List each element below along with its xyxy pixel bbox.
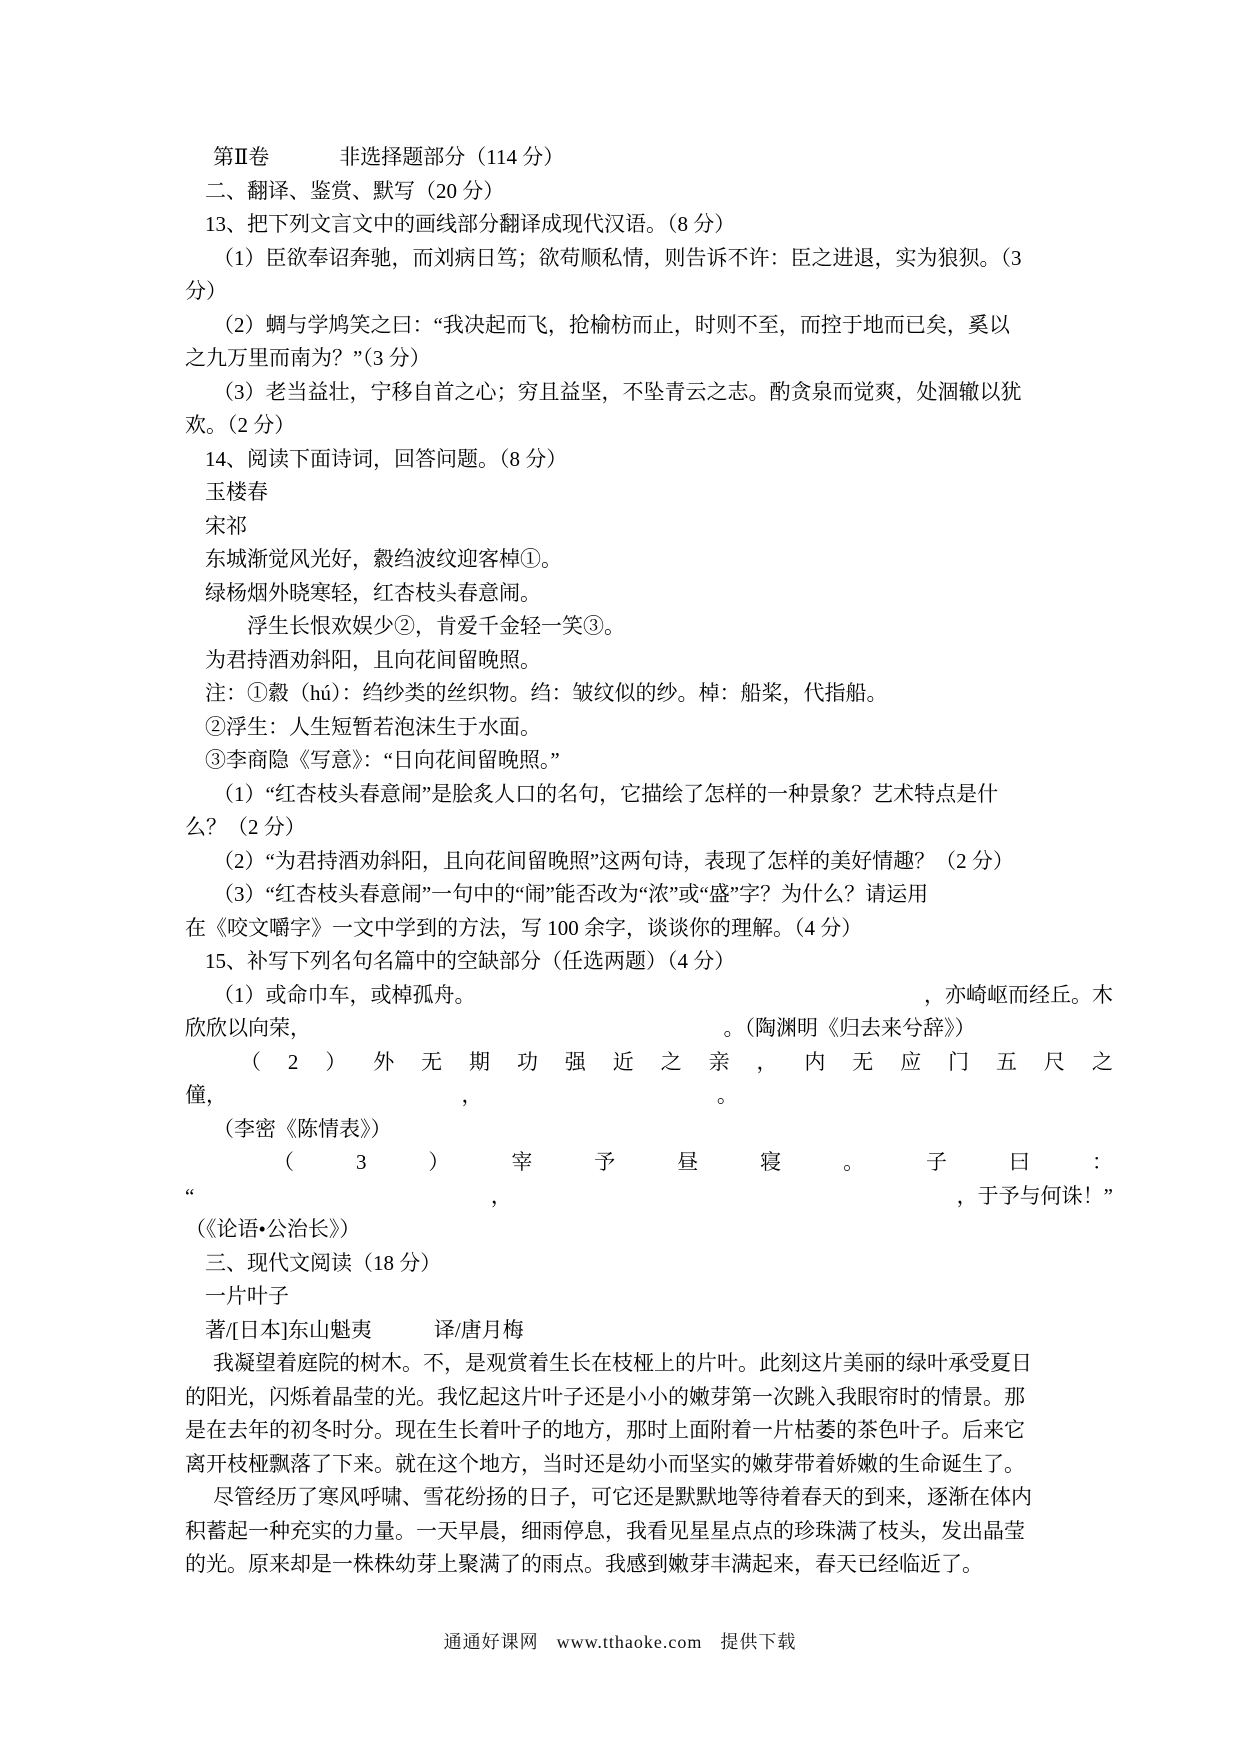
doc-line: 宋祁 [205, 510, 1113, 544]
document-page: 第Ⅱ卷非选择题部分（114 分）二、翻译、鉴赏、默写（20 分）13、把下列文言… [0, 0, 1240, 1754]
doc-line: （1）“红杏枝头春意闹”是脍炙人口的名句，它描绘了怎样的一种景象？艺术特点是什 [213, 778, 1113, 812]
text-segment: ，亦崎岖而经丘。木 [924, 979, 1113, 1013]
text-char: 寝 [760, 1146, 781, 1180]
doc-line: 之九万里而南为？”（3 分） [185, 342, 1113, 376]
doc-line: （《论语•公治长》） [185, 1213, 1113, 1247]
text-char: 予 [594, 1146, 615, 1180]
text-char: 2 [288, 1046, 299, 1080]
text-char: 昼 [677, 1146, 698, 1180]
text-char: ， [756, 1046, 777, 1080]
doc-line: 欢。（2 分） [185, 409, 1113, 443]
text-char: 之 [1092, 1046, 1113, 1080]
doc-line: 么？（2 分） [185, 811, 1113, 845]
doc-line: （2）“为君持酒劝斜阳，且向花间留晚照”这两句诗，表现了怎样的美好情趣？（2 分… [213, 845, 1113, 879]
doc-line: （3）宰予昼寝。子曰： [273, 1146, 1113, 1180]
footer-site: 通通好课网 [444, 1632, 539, 1652]
text-char: 亲 [709, 1046, 730, 1080]
text-char: 曰 [1009, 1146, 1030, 1180]
doc-line: 离开枝桠飘落了下来。就在这个地方，当时还是幼小而坚实的嫩芽带着娇嫩的生命诞生了。 [185, 1448, 1113, 1482]
doc-line: （3）老当益壮，宁移自首之心；穷且益坚，不坠青云之志。酌贪泉而觉爽，处涸辙以犹 [213, 376, 1113, 410]
text-segment: 。 [717, 1079, 738, 1113]
text-segment: 译/唐月梅 [434, 1314, 524, 1348]
doc-line: 是在去年的初冬时分。现在生长着叶子的地方，那时上面附着一片枯萎的茶色叶子。后来它 [185, 1414, 1113, 1448]
text-char: （ [273, 1146, 294, 1180]
doc-line: 13、把下列文言文中的画线部分翻译成现代汉语。（8 分） [205, 208, 1113, 242]
document-body: 第Ⅱ卷非选择题部分（114 分）二、翻译、鉴赏、默写（20 分）13、把下列文言… [185, 141, 1113, 1582]
footer-url: www.tthaoke.com [557, 1632, 703, 1652]
doc-line: “，，于予与何诛！” [185, 1180, 1113, 1214]
text-char: 3 [356, 1146, 367, 1180]
doc-line: （2）蜩与学鸠笑之曰：“我决起而飞，抢榆枋而止，时则不至，而控于地而已矣，奚以 [213, 309, 1113, 343]
text-char: 宰 [511, 1146, 532, 1180]
text-char: 近 [613, 1046, 634, 1080]
doc-line: ②浮生：人生短暂若泡沫生于水面。 [205, 711, 1113, 745]
doc-line: 积蓄起一种充实的力量。一天早晨，细雨停息，我看见星星点点的珍珠满了枝头，发出晶莹 [185, 1515, 1113, 1549]
text-segment: 。（陶渊明《归去来兮辞》） [724, 1012, 976, 1046]
text-char: 门 [948, 1046, 969, 1080]
doc-line: 第Ⅱ卷非选择题部分（114 分） [213, 141, 1113, 175]
doc-line: 我凝望着庭院的树木。不，是观赏着生长在枝桠上的片叶。此刻这片美丽的绿叶承受夏日 [213, 1347, 1113, 1381]
doc-line: 三、现代文阅读（18 分） [205, 1247, 1113, 1281]
text-char: ） [325, 1046, 346, 1080]
text-char: ） [428, 1146, 449, 1180]
text-char: 子 [926, 1146, 947, 1180]
doc-line: 的阳光，闪烁着晶莹的光。我忆起这片叶子还是小小的嫩芽第一次跳入我眼帘时的情景。那 [185, 1381, 1113, 1415]
text-segment: 非选择题部分（114 分） [339, 141, 564, 175]
text-segment: ， [491, 1180, 512, 1214]
doc-line: 绿杨烟外晓寒轻，红杏枝头春意闹。 [205, 577, 1113, 611]
text-segment: 第Ⅱ卷 [213, 141, 269, 175]
text-segment: 僮， [185, 1079, 227, 1113]
doc-line: 为君持酒劝斜阳，且向花间留晚照。 [205, 644, 1113, 678]
doc-line: （3）“红杏枝头春意闹”一句中的“闹”能否改为“浓”或“盛”字？为什么？请运用 [213, 878, 1113, 912]
text-segment: （1）或命巾车，或棹孤舟。 [213, 979, 476, 1013]
doc-line: ③李商隐《写意》：“日向花间留晚照。” [205, 744, 1113, 778]
text-segment: 著/[日本]东山魁夷 [205, 1314, 372, 1348]
text-segment: 欣欣以向荣， [185, 1012, 311, 1046]
doc-line: 浮生长恨欢娱少②，肯爱千金轻一笑③。 [247, 610, 1113, 644]
doc-line: （1）臣欲奉诏奔驰，而刘病日笃；欲苟顺私情，则告诉不许：臣之进退，实为狼狈。（3 [213, 242, 1113, 276]
text-char: 期 [469, 1046, 490, 1080]
doc-line: （2）外无期功强近之亲，内无应门五尺之 [240, 1046, 1113, 1080]
doc-line: 分） [185, 275, 1113, 309]
doc-line: 二、翻译、鉴赏、默写（20 分） [205, 175, 1113, 209]
doc-line: 玉楼春 [205, 476, 1113, 510]
doc-line: 欣欣以向荣，。（陶渊明《归去来兮辞》） [185, 1012, 1113, 1046]
text-char: 外 [373, 1046, 394, 1080]
text-char: ： [1092, 1146, 1113, 1180]
doc-line: 在《咬文嚼字》一文中学到的方法，写 100 余字，谈谈你的理解。（4 分） [185, 912, 1113, 946]
doc-line: 的光。原来却是一株株幼芽上聚满了的雨点。我感到嫩芽丰满起来，春天已经临近了。 [185, 1548, 1113, 1582]
doc-line: 一片叶子 [205, 1280, 1113, 1314]
text-char: 应 [900, 1046, 921, 1080]
text-char: （ [240, 1046, 261, 1080]
footer-download-note: 提供下载 [720, 1632, 796, 1652]
page-footer: 通通好课网www.tthaoke.com提供下载 [0, 1628, 1240, 1654]
text-char: 强 [565, 1046, 586, 1080]
text-char: 之 [661, 1046, 682, 1080]
doc-line: 僮，，。 [185, 1079, 1113, 1113]
text-segment: ，于予与何诛！” [957, 1180, 1113, 1214]
doc-line: （1）或命巾车，或棹孤舟。，亦崎岖而经丘。木 [213, 979, 1113, 1013]
text-char: 。 [843, 1146, 864, 1180]
doc-line: 尽管经历了寒风呼啸、雪花纷扬的日子，可它还是默默地等待着春天的到来，逐渐在体内 [213, 1481, 1113, 1515]
doc-line: 注：①縠（hú）：绉纱类的丝织物。绉：皱纹似的纱。棹：船桨，代指船。 [205, 677, 1113, 711]
text-char: 功 [517, 1046, 538, 1080]
doc-line: 著/[日本]东山魁夷译/唐月梅 [205, 1314, 1113, 1348]
text-segment: ， [461, 1079, 482, 1113]
text-char: 无 [421, 1046, 442, 1080]
text-char: 五 [996, 1046, 1017, 1080]
doc-line: 15、补写下列名句名篇中的空缺部分（任选两题）（4 分） [205, 945, 1113, 979]
text-char: 内 [804, 1046, 825, 1080]
doc-line: （李密《陈情表》） [213, 1113, 1113, 1147]
doc-line: 东城渐觉风光好，縠绉波纹迎客棹①。 [205, 543, 1113, 577]
text-char: 无 [852, 1046, 873, 1080]
text-char: 尺 [1044, 1046, 1065, 1080]
text-segment: “ [185, 1180, 194, 1214]
doc-line: 14、阅读下面诗词，回答问题。（8 分） [205, 443, 1113, 477]
